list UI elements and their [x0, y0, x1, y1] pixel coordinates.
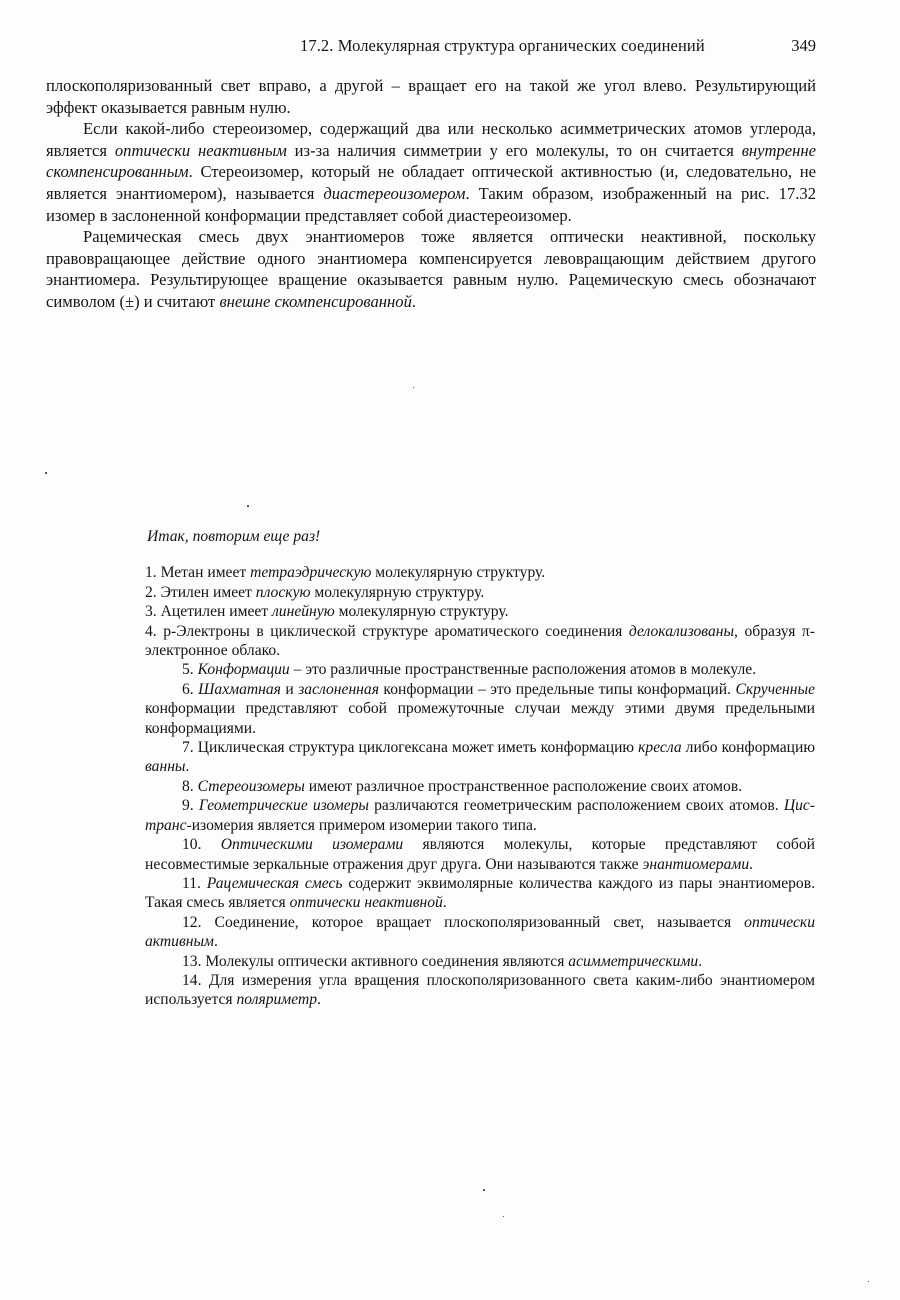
summary-item: 4. р-Электроны в циклической структуре а…	[145, 622, 815, 661]
emphasized-term: оптически неактивной	[290, 894, 443, 911]
emphasized-term: кресла	[638, 739, 682, 756]
summary-item: 10. Оптическими изомерами являются молек…	[145, 835, 815, 874]
text-run: имеют различное пространственное располо…	[305, 778, 742, 795]
summary-item: 9. Геометрические изомеры различаются ге…	[145, 796, 815, 835]
text-run: 12. Соединение, которое вращает плоскопо…	[182, 914, 744, 931]
summary-item: 5. Конформации – это различные пространс…	[145, 660, 815, 679]
emphasized-term: Шахматная	[198, 681, 281, 698]
text-run: либо конформацию	[682, 739, 815, 756]
paragraph: плоскополяризованный свет вправо, а друг…	[46, 75, 816, 118]
text-run: и	[281, 681, 298, 698]
text-run: плоскополяризованный свет вправо, а друг…	[46, 76, 816, 117]
text-run: .	[749, 856, 753, 873]
text-run: 7. Циклическая структура циклогексана мо…	[182, 739, 638, 756]
text-run: 2. Этилен имеет	[145, 584, 256, 601]
text-run: молекулярную структуру.	[310, 584, 484, 601]
scan-speck	[503, 1216, 504, 1217]
emphasized-term: внешне скомпенсированной	[219, 292, 411, 311]
scan-speck	[413, 387, 414, 388]
summary-item: 3. Ацетилен имеет линейную молекулярную …	[145, 602, 815, 621]
section-title: 17.2. Молекулярная структура органически…	[300, 36, 705, 56]
emphasized-term: Рацемическая смесь	[207, 875, 343, 892]
emphasized-term: заслоненная	[298, 681, 379, 698]
text-run: 1. Метан имеет	[145, 564, 250, 581]
text-run: .	[412, 292, 416, 311]
text-run: различаются геометрическим расположением…	[369, 797, 784, 814]
scan-speck	[247, 505, 249, 507]
text-run: .	[443, 894, 447, 911]
paragraph: Рацемическая смесь двух энантиомеров тож…	[46, 226, 816, 312]
text-run: – это различные пространственные располо…	[290, 661, 756, 678]
text-run: 8.	[182, 778, 198, 795]
text-run: молекулярную структуру.	[371, 564, 545, 581]
page-number: 349	[791, 36, 816, 56]
text-run: 3. Ацетилен имеет	[145, 603, 272, 620]
emphasized-term: плоскую	[256, 584, 311, 601]
emphasized-term: Стереоизомеры	[198, 778, 305, 795]
summary-item: 1. Метан имеет тетраэдрическую молекуляр…	[145, 563, 815, 582]
summary-item: 8. Стереоизомеры имеют различное простра…	[145, 777, 815, 796]
text-run: 4. р-Электроны в циклической структуре а…	[145, 623, 629, 640]
text-run: 5.	[182, 661, 198, 678]
summary-heading: Итак, повторим еще раз!	[147, 527, 815, 546]
text-run: .	[186, 758, 190, 775]
emphasized-term: ванны	[145, 758, 186, 775]
emphasized-term: поляриметр	[236, 991, 317, 1008]
emphasized-term: диастереоизомером	[323, 184, 465, 203]
emphasized-term: оптически неактивным	[115, 141, 287, 160]
summary-item: 2. Этилен имеет плоскую молекулярную стр…	[145, 583, 815, 602]
scan-speck	[483, 1189, 485, 1191]
emphasized-term: Конформации	[198, 661, 290, 678]
emphasized-term: делокализованы	[629, 623, 734, 640]
text-run: 10.	[182, 836, 221, 853]
text-run: 6.	[182, 681, 198, 698]
text-run: 11.	[182, 875, 207, 892]
summary-item: 7. Циклическая структура циклогексана мо…	[145, 738, 815, 777]
summary-list: 1. Метан имеет тетраэдрическую молекуляр…	[145, 563, 815, 1009]
scan-speck	[868, 1281, 869, 1282]
text-run: .	[698, 953, 702, 970]
emphasized-term: тетраэдрическую	[250, 564, 371, 581]
summary-item: 14. Для измерения угла вращения плоскопо…	[145, 971, 815, 1010]
text-run: конформации представляют собой промежуто…	[145, 700, 815, 736]
emphasized-term: Оптическими изомерами	[221, 836, 403, 853]
summary-item: 13. Молекулы оптически активного соедине…	[145, 952, 815, 971]
running-head: 17.2. Молекулярная структура органически…	[300, 36, 816, 56]
text-run: .	[317, 991, 321, 1008]
emphasized-term: Геометрические изомеры	[199, 797, 369, 814]
text-run: молекулярную структуру.	[335, 603, 509, 620]
text-run: 13. Молекулы оптически активного соедине…	[182, 953, 568, 970]
text-run: 9.	[182, 797, 199, 814]
text-run: Рацемическая смесь двух энантиомеров тож…	[46, 227, 816, 311]
summary-item: 12. Соединение, которое вращает плоскопо…	[145, 913, 815, 952]
text-run: конформации – это предельные типы конфор…	[379, 681, 736, 698]
emphasized-term: Скрученные	[735, 681, 815, 698]
summary-item: 6. Шахматная и заслоненная конформации –…	[145, 680, 815, 738]
body-text: плоскополяризованный свет вправо, а друг…	[46, 75, 816, 313]
text-run: .	[214, 933, 218, 950]
summary-item: 11. Рацемическая смесь содержит эквимоля…	[145, 874, 815, 913]
emphasized-term: асимметрическими	[568, 953, 698, 970]
text-run: -изомерия является примером изомерии так…	[187, 817, 537, 834]
emphasized-term: энантиомерами	[643, 856, 750, 873]
summary-box: Итак, повторим еще раз! 1. Метан имеет т…	[145, 527, 815, 1010]
emphasized-term: линейную	[272, 603, 335, 620]
scan-speck	[45, 472, 47, 474]
paragraph: Если какой-либо стереоизомер, содержащий…	[46, 118, 816, 226]
text-run: из-за наличия симметрии у его молекулы, …	[287, 141, 742, 160]
